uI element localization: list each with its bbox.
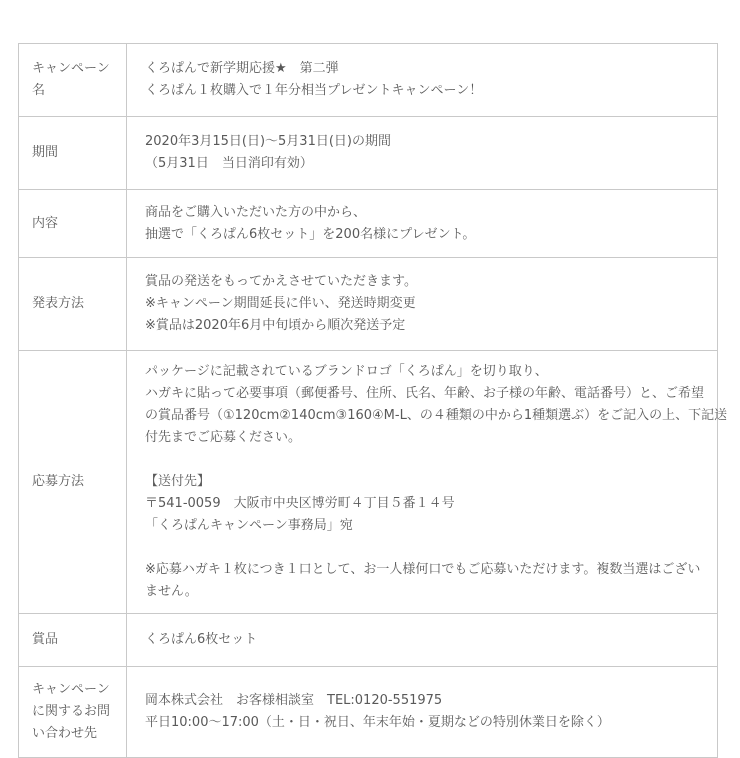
cell-line: の賞品番号（①120cm②140cm③160④M-L、の４種類の中から1種類選ぶ… (145, 405, 707, 427)
table-row-details: 内容 商品をご購入いただいた方の中から、 抽選で「くろぱん6枚セット」を200名… (19, 190, 718, 258)
cell-line-blank (145, 537, 707, 559)
cell-line: ※キャンペーン期間延長に伴い、発送時期変更 (145, 293, 707, 315)
table-row-how-to-apply: 応募方法 パッケージに記載されているブランドロゴ「くろぱん」を切り取り、 ハガキ… (19, 351, 718, 614)
cell-line: くろぱん6枚セット (145, 629, 707, 651)
row-content-how-to-apply: パッケージに記載されているブランドロゴ「くろぱん」を切り取り、 ハガキに貼って必… (127, 351, 718, 614)
row-content-details: 商品をご購入いただいた方の中から、 抽選で「くろぱん6枚セット」を200名様にプ… (127, 190, 718, 258)
cell-line: くろぱん１枚購入で１年分相当プレゼントキャンペーン！ (145, 80, 707, 102)
cell-line: 平日10:00～17:00（土・日・祝日、年末年始・夏期などの特別休業日を除く） (145, 712, 707, 734)
table-row-announcement: 発表方法 賞品の発送をもってかえさせていただきます。 ※キャンペーン期間延長に伴… (19, 258, 718, 351)
table-row-period: 期間 2020年3月15日(日)～5月31日(日)の期間 （5月31日 当日消印… (19, 117, 718, 190)
row-label-period: 期間 (19, 117, 127, 190)
campaign-info-table: キャンペーン名 くろぱんで新学期応援★ 第二弾 くろぱん１枚購入で１年分相当プレ… (18, 43, 718, 758)
row-label-announcement: 発表方法 (19, 258, 127, 351)
cell-line: 【送付先】 (145, 471, 707, 493)
cell-line: 付先までご応募ください。 (145, 427, 707, 449)
cell-line: 岡本株式会社 お客様相談室 TEL:0120-551975 (145, 690, 707, 712)
row-label-campaign-name: キャンペーン名 (19, 44, 127, 117)
cell-line: ハガキに貼って必要事項（郵便番号、住所、氏名、年齢、お子様の年齢、電話番号）と、… (145, 383, 707, 405)
cell-line: パッケージに記載されているブランドロゴ「くろぱん」を切り取り、 (145, 361, 707, 383)
page: キャンペーン名 くろぱんで新学期応援★ 第二弾 くろぱん１枚購入で１年分相当プレ… (0, 0, 740, 710)
row-content-prize: くろぱん6枚セット (127, 614, 718, 667)
cell-line: ※応募ハガキ１枚につき１口として、お一人様何口でもご応募いただけます。複数当選は… (145, 559, 707, 581)
row-content-period: 2020年3月15日(日)～5月31日(日)の期間 （5月31日 当日消印有効） (127, 117, 718, 190)
table-row-prize: 賞品 くろぱん6枚セット (19, 614, 718, 667)
row-label-how-to-apply: 応募方法 (19, 351, 127, 614)
cell-line: 〒541-0059 大阪市中央区博労町４丁目５番１４号 (145, 493, 707, 515)
cell-line: 2020年3月15日(日)～5月31日(日)の期間 (145, 131, 707, 153)
cell-line: くろぱんで新学期応援★ 第二弾 (145, 58, 707, 80)
row-content-campaign-name: くろぱんで新学期応援★ 第二弾 くろぱん１枚購入で１年分相当プレゼントキャンペー… (127, 44, 718, 117)
table-row-campaign-name: キャンペーン名 くろぱんで新学期応援★ 第二弾 くろぱん１枚購入で１年分相当プレ… (19, 44, 718, 117)
cell-line: 賞品の発送をもってかえさせていただきます。 (145, 271, 707, 293)
cell-line: 抽選で「くろぱん6枚セット」を200名様にプレゼント。 (145, 224, 707, 246)
cell-line: （5月31日 当日消印有効） (145, 153, 707, 175)
cell-line: 商品をご購入いただいた方の中から、 (145, 202, 707, 224)
row-content-announcement: 賞品の発送をもってかえさせていただきます。 ※キャンペーン期間延長に伴い、発送時… (127, 258, 718, 351)
cell-line: ません。 (145, 581, 707, 603)
table-row-contact: キャンペーンに関するお問い合わせ先 岡本株式会社 お客様相談室 TEL:0120… (19, 667, 718, 758)
row-label-contact: キャンペーンに関するお問い合わせ先 (19, 667, 127, 758)
cell-line-blank (145, 449, 707, 471)
cell-line: 「くろぱんキャンペーン事務局」宛 (145, 515, 707, 537)
cell-line: ※賞品は2020年6月中旬頃から順次発送予定 (145, 315, 707, 337)
row-label-prize: 賞品 (19, 614, 127, 667)
row-label-details: 内容 (19, 190, 127, 258)
row-content-contact: 岡本株式会社 お客様相談室 TEL:0120-551975 平日10:00～17… (127, 667, 718, 758)
